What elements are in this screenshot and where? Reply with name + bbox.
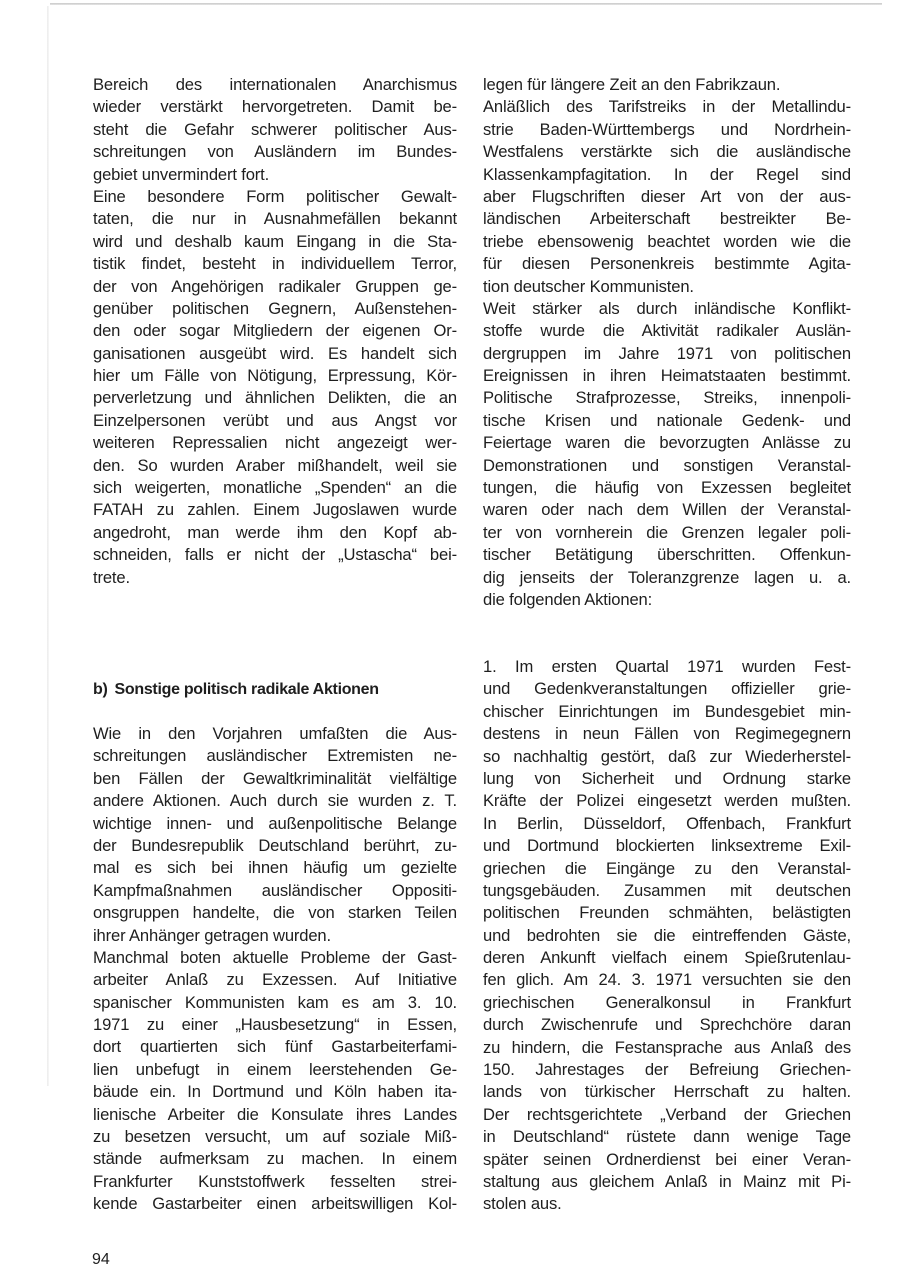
- text-line: gebiet unvermindert fort.: [93, 164, 457, 186]
- text-line: hier um Fälle von Nötigung, Erpressung, …: [93, 365, 457, 387]
- text-line: arbeiter Anlaß zu Exzessen. Auf Initiati…: [93, 969, 457, 991]
- text-line: Frankfurter Kunststoffwerk fesselten str…: [93, 1171, 457, 1193]
- text-line: der Bundesrepublik Deutschland berührt, …: [93, 835, 457, 857]
- text-line: schneiden, falls er nicht der „Ustascha“…: [93, 544, 457, 566]
- text-line: Kräfte der Polizei eingesetzt werden muß…: [483, 790, 851, 812]
- right-column-numbered-item: 1. Im ersten Quartal 1971 wurden Fest-un…: [483, 656, 851, 1216]
- text-line: stoffe wurde die Aktivität radikaler Aus…: [483, 320, 851, 342]
- text-line: staltung aus gleichem Anlaß in Mainz mit…: [483, 1171, 851, 1193]
- text-line: aber Flugschriften dieser Art von der au…: [483, 186, 851, 208]
- text-line: sich weigerten, monatliche „Spenden“ an …: [93, 477, 457, 499]
- text-line: politischen Freunden schmähten, belästig…: [483, 902, 851, 924]
- text-line: mal es sich bei ihnen häufig um gezielte: [93, 857, 457, 879]
- text-line: tungsgebäuden. Zusammen mit deutschen: [483, 880, 851, 902]
- text-line: Westfalens verstärkte sich die ausländis…: [483, 141, 851, 163]
- text-line: und Gedenkveranstaltungen offizieller gr…: [483, 678, 851, 700]
- text-line: durch Zwischenrufe und Sprechchöre daran: [483, 1014, 851, 1036]
- section-heading-marker: b): [93, 681, 108, 698]
- text-line: den oder sogar Mitgliedern der eigenen O…: [93, 320, 457, 342]
- text-line: und Dortmund blockierten linksextreme Ex…: [483, 835, 851, 857]
- text-line: zu besetzen versucht, um auf soziale Miß…: [93, 1126, 457, 1148]
- left-column-paragraphs-top: Bereich des internationalen Anarchismusw…: [93, 74, 457, 589]
- section-heading: b)Sonstige politisch radikale Aktionen: [93, 679, 379, 701]
- text-line: ihrer Anhänger getragen wurden.: [93, 925, 457, 947]
- text-line: stolen aus.: [483, 1193, 851, 1215]
- text-line: trete.: [93, 567, 457, 589]
- text-line: Manchmal boten aktuelle Probleme der Gas…: [93, 947, 457, 969]
- text-line: und bedrohten sie die eintreffenden Gäst…: [483, 925, 851, 947]
- text-line: tungen, die häufig von Exzessen begleite…: [483, 477, 851, 499]
- text-line: onsgruppen handelte, die von starken Tei…: [93, 902, 457, 924]
- text-line: lands von türkischer Herrschaft zu halte…: [483, 1081, 851, 1103]
- text-line: spanischer Kommunisten kam es am 3. 10.: [93, 992, 457, 1014]
- left-column: Bereich des internationalen Anarchismusw…: [93, 0, 457, 1276]
- text-line: andere Aktionen. Auch durch sie wurden z…: [93, 790, 457, 812]
- text-line: schreitungen ausländischer Extremisten n…: [93, 745, 457, 767]
- text-line: lien unbefugt in einem leerstehenden Ge-: [93, 1059, 457, 1081]
- text-line: dig jenseits der Toleranzgrenze lagen u.…: [483, 567, 851, 589]
- text-line: lung von Sicherheit und Ordnung starke: [483, 768, 851, 790]
- page-left-edge: [47, 6, 49, 1086]
- text-line: Feiertage waren die bevorzugten Anlässe …: [483, 432, 851, 454]
- text-line: chischer Einrichtungen im Bundesgebiet m…: [483, 701, 851, 723]
- text-line: tistik findet, besteht in individuellem …: [93, 253, 457, 275]
- text-line: deren Ankunft vielfach einem Spießrutenl…: [483, 947, 851, 969]
- right-column-paragraphs-top: legen für längere Zeit an den Fabrikzaun…: [483, 74, 851, 611]
- text-line: strie Baden-Württembergs und Nordrhein-: [483, 119, 851, 141]
- text-line: Ereignissen in ihren Heimatstaaten besti…: [483, 365, 851, 387]
- text-line: angedroht, man werde ihm den Kopf ab-: [93, 522, 457, 544]
- text-line: dergruppen im Jahre 1971 von politischen: [483, 343, 851, 365]
- text-line: lienische Arbeiter die Konsulate ihres L…: [93, 1104, 457, 1126]
- text-line: waren oder nach dem Willen der Veranstal…: [483, 499, 851, 521]
- text-line: 1. Im ersten Quartal 1971 wurden Fest-: [483, 656, 851, 678]
- text-line: Klassenkampfagitation. In der Regel sind: [483, 164, 851, 186]
- text-line: kende Gastarbeiter einen arbeitswilligen…: [93, 1193, 457, 1215]
- text-line: FATAH zu zahlen. Einem Jugoslawen wurde: [93, 499, 457, 521]
- text-line: schreitungen von Ausländern im Bundes-: [93, 141, 457, 163]
- text-line: wichtige innen- und außenpolitische Bela…: [93, 813, 457, 835]
- text-line: ter von vornherein die Grenzen legaler p…: [483, 522, 851, 544]
- text-line: triebe ebensowenig beachtet worden wie d…: [483, 231, 851, 253]
- text-line: destens in neun Fällen von Regimegegnern: [483, 723, 851, 745]
- text-line: Politische Strafprozesse, Streiks, innen…: [483, 387, 851, 409]
- text-line: steht die Gefahr schwerer politischer Au…: [93, 119, 457, 141]
- text-line: Demonstrationen und sonstigen Veranstal-: [483, 455, 851, 477]
- left-column-paragraphs-bottom: Wie in den Vorjahren umfaßten die Aus-sc…: [93, 723, 457, 1216]
- text-line: griechischen Generalkonsul in Frankfurt: [483, 992, 851, 1014]
- text-line: 1971 zu einer „Hausbesetzung“ in Essen,: [93, 1014, 457, 1036]
- text-line: wird und deshalb kaum Eingang in die Sta…: [93, 231, 457, 253]
- text-line: den. So wurden Araber mißhandelt, weil s…: [93, 455, 457, 477]
- text-line: legen für längere Zeit an den Fabrikzaun…: [483, 74, 851, 96]
- text-line: Anläßlich des Tarifstreiks in der Metall…: [483, 96, 851, 118]
- text-line: stände aufmerksam zu machen. In einem: [93, 1148, 457, 1170]
- page-number: 94: [92, 1250, 110, 1270]
- text-line: Einzelpersonen verübt und aus Angst vor: [93, 410, 457, 432]
- text-line: ganisationen ausgeübt wird. Es handelt s…: [93, 343, 457, 365]
- text-line: Wie in den Vorjahren umfaßten die Aus-: [93, 723, 457, 745]
- text-line: Weit stärker als durch inländische Konfl…: [483, 298, 851, 320]
- text-line: dort quartierten sich fünf Gastarbeiterf…: [93, 1036, 457, 1058]
- text-line: 150. Jahrestages der Befreiung Griechen-: [483, 1059, 851, 1081]
- text-line: perverletzung und ähnlichen Delikten, di…: [93, 387, 457, 409]
- text-line: In Berlin, Düsseldorf, Offenbach, Frankf…: [483, 813, 851, 835]
- text-line: griechen die Eingänge zu den Veranstal-: [483, 858, 851, 880]
- text-line: ländischen Arbeiterschaft bestreikter Be…: [483, 208, 851, 230]
- text-line: Eine besondere Form politischer Gewalt-: [93, 186, 457, 208]
- text-line: genüber politischen Gegnern, Außenstehen…: [93, 298, 457, 320]
- text-line: tische Krisen und nationale Gedenk- und: [483, 410, 851, 432]
- text-line: so nachhaltig gestört, daß zur Wiederher…: [483, 746, 851, 768]
- text-line: Kampfmaßnahmen ausländischer Oppositi-: [93, 880, 457, 902]
- text-line: zu hindern, die Festansprache aus Anlaß …: [483, 1037, 851, 1059]
- text-line: Der rechtsgerichtete „Verband der Griech…: [483, 1104, 851, 1126]
- section-heading-title: Sonstige politisch radikale Aktionen: [115, 681, 379, 698]
- text-line: in Deutschland“ rüstete dann wenige Tage: [483, 1126, 851, 1148]
- text-line: fen glich. Am 24. 3. 1971 versuchten sie…: [483, 969, 851, 991]
- text-line: später seinen Ordnerdienst bei einer Ver…: [483, 1149, 851, 1171]
- text-line: für diesen Personenkreis bestimmte Agita…: [483, 253, 851, 275]
- text-line: ben Fällen der Gewaltkriminalität vielfä…: [93, 768, 457, 790]
- text-line: bäude ein. In Dortmund und Köln haben it…: [93, 1081, 457, 1103]
- text-line: weiteren Repressalien nicht angezeigt we…: [93, 432, 457, 454]
- text-line: tion deutscher Kommunisten.: [483, 276, 851, 298]
- right-column: legen für längere Zeit an den Fabrikzaun…: [483, 0, 851, 1276]
- text-line: taten, die nur in Ausnahmefällen bekannt: [93, 208, 457, 230]
- text-line: tischer Betätigung überschritten. Offenk…: [483, 544, 851, 566]
- text-line: der von Angehörigen radikaler Gruppen ge…: [93, 276, 457, 298]
- text-line: wieder verstärkt hervorgetreten. Damit b…: [93, 96, 457, 118]
- text-line: Bereich des internationalen Anarchismus: [93, 74, 457, 96]
- text-line: die folgenden Aktionen:: [483, 589, 851, 611]
